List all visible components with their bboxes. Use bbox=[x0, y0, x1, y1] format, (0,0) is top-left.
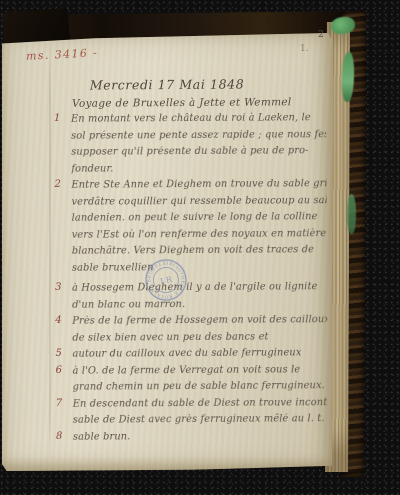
entry-lines: Entre Ste Anne et Dieghem on trouve du s… bbox=[54, 176, 327, 277]
entry-number: 5 bbox=[55, 348, 61, 359]
entry: 6 à l'O. de la ferme de Verregat on voit… bbox=[56, 362, 328, 397]
handwritten-line: verdâtre coquillier qui ressemble beauco… bbox=[71, 193, 326, 211]
library-stamp-icon: BIBLIOTHÈQUE ROYALE · BRUXELLES · I R bbox=[140, 254, 192, 306]
entry-lines: à l'O. de la ferme de Verregat on voit s… bbox=[56, 362, 328, 397]
entry: 7 En descendant du sable de Diest on tro… bbox=[56, 395, 328, 430]
handwritten-line: à Hossegem Dieghem il y a de l'argile ou… bbox=[72, 279, 327, 297]
handwritten-line: sol présente une pente assez rapide ; qu… bbox=[71, 127, 326, 145]
page-crease bbox=[49, 44, 51, 466]
manuscript-entries: 1 En montant vers le château du roi à La… bbox=[54, 110, 328, 446]
entry-date-title: Mercredi 17 Mai 1848 bbox=[0, 76, 334, 93]
entry: 1 En montant vers le château du roi à La… bbox=[54, 110, 326, 178]
handwritten-line: sable brun. bbox=[73, 428, 328, 446]
handwritten-line: En descendant du sable de Diest on trouv… bbox=[73, 395, 328, 413]
entry-lines: autour du cailloux avec du sable ferrugi… bbox=[55, 345, 327, 363]
handwritten-line: d'un blanc ou marron. bbox=[72, 296, 327, 314]
handwritten-line: autour du cailloux avec du sable ferrugi… bbox=[72, 345, 327, 363]
handwritten-line: grand chemin un peu de sable blanc ferru… bbox=[73, 378, 328, 396]
handwritten-line: blanchâtre. Vers Dieghem on voit des tra… bbox=[72, 242, 327, 260]
entry-lines: En descendant du sable de Diest on trouv… bbox=[56, 395, 328, 430]
entry-number: 4 bbox=[55, 315, 61, 326]
entry: 4 Près de la ferme de Hossegem on voit d… bbox=[55, 312, 327, 347]
entry-lines: En montant vers le château du roi à Laek… bbox=[54, 110, 326, 178]
entry-subtitle: Voyage de Bruxelles à Jette et Wemmel bbox=[72, 96, 292, 110]
handwritten-line: Près de la ferme de Hossegem on voit des… bbox=[72, 312, 327, 330]
handwritten-line: landenien. on peut le suivre le long de … bbox=[72, 209, 327, 227]
handwritten-line: vers l'Est où l'on renferme des noyaux e… bbox=[72, 226, 327, 244]
handwritten-line: supposer qu'il présente du sable à peu d… bbox=[71, 143, 326, 161]
handwritten-line: Entre Ste Anne et Dieghem on trouve du s… bbox=[71, 176, 326, 194]
handwritten-line: En montant vers le château du roi à Laek… bbox=[71, 110, 326, 128]
entry: 5 autour du cailloux avec du sable ferru… bbox=[55, 345, 327, 363]
scanned-manuscript-photo: ms. 3416 - 2 1. Mercredi 17 Mai 1848 Voy… bbox=[0, 0, 400, 495]
page-number-1: 1. bbox=[300, 44, 309, 54]
entry-number: 7 bbox=[56, 397, 62, 408]
library-stamp: BIBLIOTHÈQUE ROYALE · BRUXELLES · I R bbox=[140, 254, 192, 306]
svg-text:I R: I R bbox=[159, 275, 173, 286]
handwritten-line: sable de Diest avec grès ferrugineux mêl… bbox=[73, 411, 328, 429]
handwritten-line: fondeur. bbox=[71, 160, 326, 178]
page-number-2: 2 bbox=[318, 30, 324, 40]
entry-number: 2 bbox=[54, 179, 60, 190]
handwritten-line: de silex bien avec un peu des bancs et bbox=[72, 329, 327, 347]
entry-lines: sable brun. bbox=[56, 428, 328, 446]
entry-number: 1 bbox=[54, 113, 60, 124]
entry: 2 Entre Ste Anne et Dieghem on trouve du… bbox=[54, 176, 327, 277]
entry-lines: Près de la ferme de Hossegem on voit des… bbox=[55, 312, 327, 347]
entry-number: 8 bbox=[56, 430, 62, 441]
entry-number: 3 bbox=[55, 282, 61, 293]
entry-number: 6 bbox=[56, 364, 62, 375]
handwritten-line: sable bruxellien bbox=[72, 259, 327, 277]
cover-green-fragment bbox=[347, 194, 356, 234]
handwritten-line: à l'O. de la ferme de Verregat on voit s… bbox=[73, 362, 328, 380]
entry: 8 sable brun. bbox=[56, 428, 328, 446]
